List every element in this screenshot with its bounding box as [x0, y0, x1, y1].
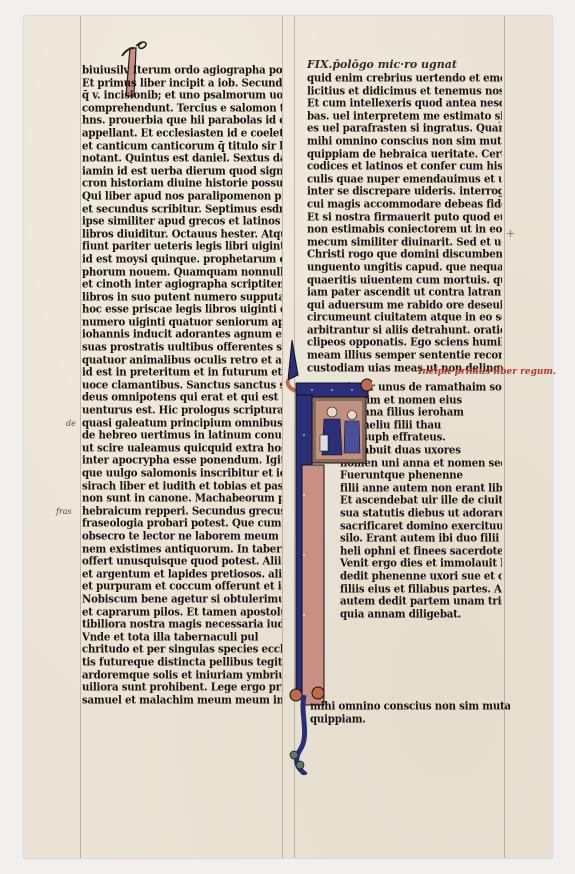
text-line: samuel et malachim meum meum inquam meum…	[82, 693, 282, 704]
rubric-incipit: Incipit primus liber regum.	[418, 367, 556, 377]
running-head: FIX.p̄olōgo mic·ro ugnat	[307, 58, 457, 71]
margin-note-de: de	[66, 419, 76, 428]
text-line: que uulgo salomonis inscribitur et iesu …	[82, 466, 282, 480]
right-text-column: quid enim crebrius uertendo et emendando…	[307, 72, 502, 372]
text-line: mihi omnino conscius non sim mutasse me	[307, 134, 502, 148]
left-text-column: biuiusilv Iterum ordo agiographa posside…	[82, 64, 282, 704]
text-line: id est moysi quinque. prophetarum octo. …	[82, 252, 282, 266]
text-line: unguento ungitis capud. que nequaquam	[307, 260, 502, 274]
text-line: quippiam.	[310, 712, 510, 726]
margin-marks-right: ∴	[494, 118, 502, 132]
right-final-lines: mihi omnino conscius non sim mutasse meq…	[310, 700, 510, 730]
text-line: Qui liber apud nos paralipomenon primus	[82, 189, 282, 203]
text-line: cui magis accommodare debeas fidem.	[307, 197, 502, 211]
margin-cross-mark: +	[506, 227, 515, 240]
text-line: obsecro te lector ne laborem meum repreh…	[82, 529, 282, 543]
text-line: tis futureque distincta pellibus tegitur…	[82, 655, 282, 669]
margin-note-fras: fras	[56, 507, 72, 516]
text-line: appellant. Et ecclesiasten id e coeleth.	[82, 126, 282, 140]
text-line: Nobiscum bene agetur si obtulerimus pell…	[82, 592, 282, 606]
ruling-left-outer	[80, 16, 81, 858]
ruling-right-outer	[504, 16, 505, 858]
